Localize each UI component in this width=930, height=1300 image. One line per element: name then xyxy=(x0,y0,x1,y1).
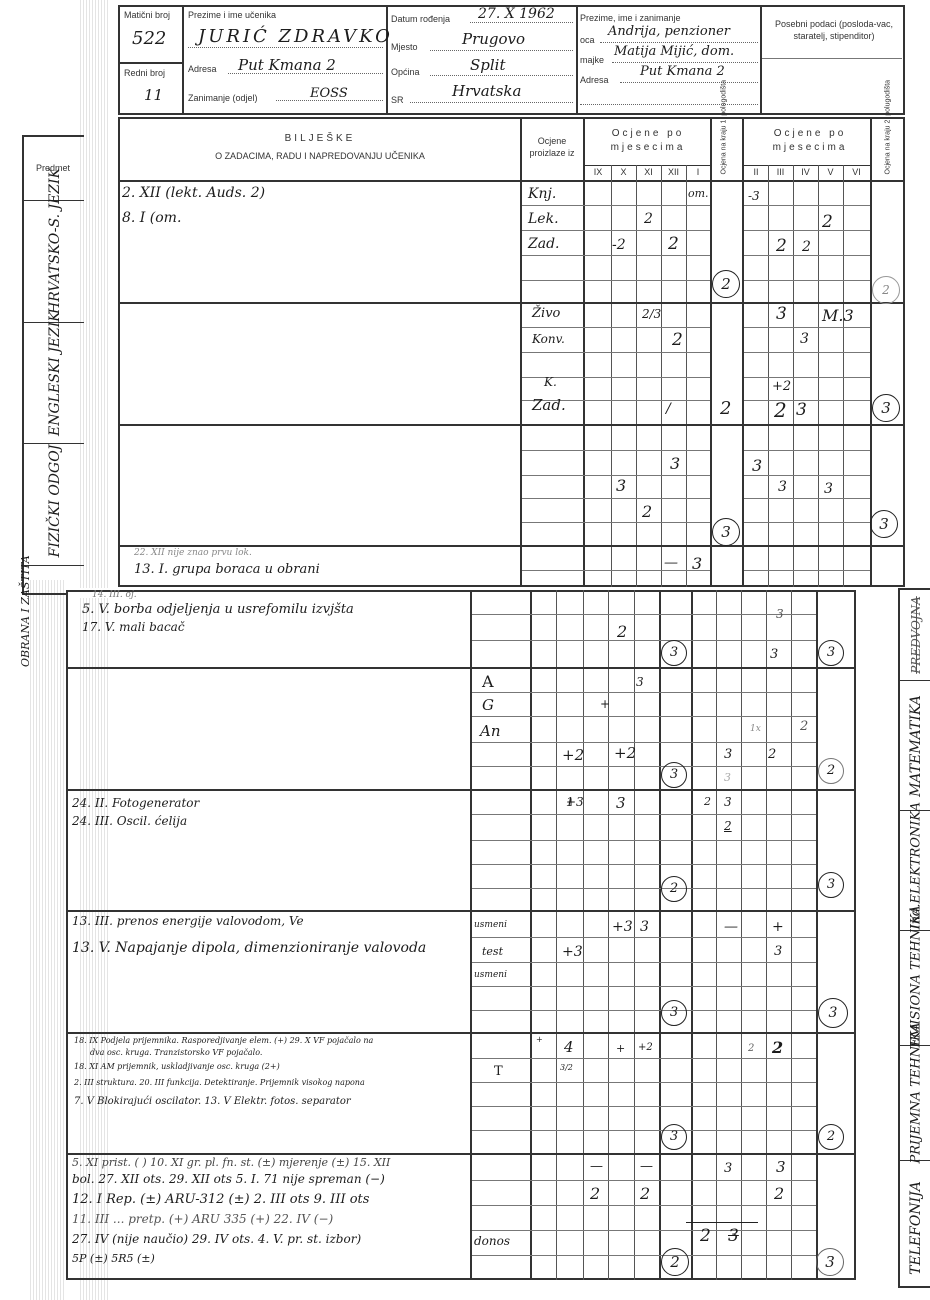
grade: 2 xyxy=(724,820,732,832)
grade: 3 xyxy=(774,945,782,958)
final-grade-2: 3 xyxy=(816,1248,844,1276)
month-I: I xyxy=(686,167,710,177)
final-grade-2: 3 xyxy=(818,998,848,1028)
note-pr-4: 2. III struktura. 20. III funkcija. Dete… xyxy=(74,1078,365,1087)
posebni-podaci-label: Posebni podaci (posloda-vac, staratelj, … xyxy=(766,18,902,42)
sr-value: Hrvatska xyxy=(452,82,521,100)
grade: 2 xyxy=(776,238,787,255)
final-grade-1: 3 xyxy=(661,640,687,666)
source-em-test: test xyxy=(482,945,503,958)
note-ind-2: 24. III. Oscil. ćelija xyxy=(72,814,187,828)
roditelji-adresa-label: Adresa xyxy=(580,75,609,85)
note-obrana-1: 22. XII nije znao prvu lok. xyxy=(134,548,252,558)
note-obrana-3: 14. III. oj. xyxy=(92,590,137,600)
subject-matematika: MATEMATIKA xyxy=(908,686,924,806)
adresa-label: Adresa xyxy=(188,64,217,74)
ime-label: Prezime i ime učenika xyxy=(188,10,276,20)
ocjene-po-mjesecima-1: Ocjene po mjesecima xyxy=(590,127,706,155)
final-grade-1: 3 xyxy=(712,518,740,546)
roditelji-adresa-value: Put Kmana 2 xyxy=(640,64,725,79)
grade: 3 xyxy=(728,1228,739,1245)
ocjene-po-mjesecima-2: Ocjene po mjesecima xyxy=(748,127,872,155)
grade: / xyxy=(666,402,671,416)
grade: 2 xyxy=(774,400,787,420)
final-grade-2: 2 xyxy=(872,276,900,304)
grade: +3 xyxy=(562,945,583,959)
majke-value: Matija Mijić, dom. xyxy=(614,44,734,59)
grade: 3 xyxy=(776,1160,786,1175)
grade: M.3 xyxy=(822,308,854,324)
maticni-broj-label: Matični broj xyxy=(124,10,170,20)
month-IX: IX xyxy=(585,167,611,177)
final-grade-2: 3 xyxy=(870,510,898,538)
adresa-value: Put Kmana 2 xyxy=(238,56,336,74)
grade: 3 xyxy=(616,796,626,811)
note-obrana-5: 17. V. mali bacač xyxy=(82,620,185,634)
roditelji-label: Prezime, ime i zanimanje xyxy=(580,13,681,23)
note-pr-3: 18. XI AM prijemnik, uskladjivanje osc. … xyxy=(74,1062,280,1071)
grade: 2 xyxy=(748,1044,754,1054)
grade: + xyxy=(772,920,784,934)
majke-label: majke xyxy=(580,55,604,65)
grade: 2 xyxy=(700,1228,711,1245)
zanimanje-value: EOSS xyxy=(310,86,348,101)
grade: 3 xyxy=(670,456,680,472)
final-grade-1: 2 xyxy=(661,876,687,902)
oca-label: oca xyxy=(580,35,595,45)
final-grade-2: 2 xyxy=(818,758,844,784)
grade: +2 xyxy=(772,380,791,393)
note-obrana-2: 13. I. grupa boraca u obrani xyxy=(134,562,320,577)
note-obrana-4: 5. V. borba odjeljenja u usrefomilu izvj… xyxy=(82,602,354,617)
subject-predvojna: PREDVOJNA xyxy=(909,575,923,695)
ime-value: JURIĆ ZDRAVKO xyxy=(198,26,393,47)
grade: 3/2 xyxy=(560,1064,573,1072)
month-III: III xyxy=(768,167,793,177)
note-pr-2: dva osc. kruga. Tranzistorsko VF pojačal… xyxy=(90,1048,262,1057)
note-hrv-2: 8. I (om. xyxy=(122,210,181,226)
source-mat-g: G xyxy=(482,696,494,714)
final-grade-2: 3 xyxy=(818,872,844,898)
grade: 3 xyxy=(724,796,732,808)
grade: 2 xyxy=(772,1040,783,1056)
redni-broj-label: Redni broj xyxy=(124,68,165,78)
grade: -3 xyxy=(748,190,760,202)
kraj-2-header: Ocjena na kraju 2. polugodišta xyxy=(884,115,893,175)
month-II: II xyxy=(744,167,768,177)
source-pr-t: T xyxy=(494,1064,503,1079)
source-hrv-lek: Lek. xyxy=(528,211,559,227)
note-pr-5: 7. V Blokirajući oscilator. 13. V Elektr… xyxy=(74,1096,351,1107)
grade: 2 xyxy=(668,236,679,253)
grade: + xyxy=(536,1036,543,1044)
note-tel-3: 12. I Rep. (±) ARU-312 (±) 2. III ots 9.… xyxy=(72,1192,369,1207)
note-em-1: 13. III. prenos energije valovodom, Ve xyxy=(72,914,304,928)
subject-telefonija: TELEFONIJA xyxy=(908,1168,924,1288)
grade: — xyxy=(664,556,678,570)
month-XII: XII xyxy=(661,167,686,177)
grade: 3 xyxy=(776,306,787,323)
grade: 3 xyxy=(636,676,644,688)
datum-value: 27. X 1962 xyxy=(478,6,555,22)
month-X: X xyxy=(611,167,636,177)
month-VI: VI xyxy=(843,167,870,177)
grade: +2 xyxy=(638,1043,653,1053)
kraj-1-header: Ocjena na kraju 1. polugodišta xyxy=(720,115,729,175)
biljeske-title: BILJEŠKE xyxy=(120,133,520,144)
opcina-value: Split xyxy=(470,56,506,74)
grade: 3 xyxy=(692,556,702,572)
grade: 2 xyxy=(642,504,652,520)
source-hrv-knj: Knj. xyxy=(528,186,556,202)
subject-prijemna-tehnika: PRIJEMNA TEHNIKA xyxy=(909,1044,924,1164)
grade: +3 xyxy=(612,920,633,934)
zanimanje-label: Zanimanje (odjel) xyxy=(188,93,258,103)
month-XI: XI xyxy=(636,167,661,177)
final-grade-1: 3 xyxy=(661,1000,687,1026)
grade: 2 xyxy=(822,214,833,231)
source-eng-konv: Konv. xyxy=(532,332,565,346)
mjesto-label: Mjesto xyxy=(391,42,418,52)
grade: om. xyxy=(688,188,709,199)
month-IV: IV xyxy=(793,167,818,177)
note-tel-5: 27. IV (nije naučio) 29. IV ots. 4. V. p… xyxy=(72,1232,361,1246)
grade: 2 xyxy=(672,332,683,349)
grade: 3 xyxy=(824,482,833,496)
grade: 3 xyxy=(616,478,626,494)
grade: 3 xyxy=(770,648,778,661)
grade: + xyxy=(600,698,610,710)
grade: — xyxy=(640,1160,653,1173)
grade: + xyxy=(616,1043,625,1054)
note-tel-4: 11. III ... pretp. (+) ARU 335 (+) 22. I… xyxy=(72,1212,333,1226)
grade: 2 xyxy=(617,624,627,640)
grade: 3 xyxy=(796,402,807,419)
final-grade-2: 3 xyxy=(872,394,900,422)
grade: 2 xyxy=(590,1186,600,1202)
source-mat-an: An xyxy=(480,722,501,740)
grade: 3 xyxy=(640,920,649,934)
grade: — xyxy=(724,920,738,934)
source-eng-k: K. xyxy=(544,375,557,389)
note-tel-1: 5. XI prist. ( ) 10. XI gr. pl. fn. st. … xyxy=(72,1156,390,1169)
final-grade-1: 3 xyxy=(661,762,687,788)
grade: 1x xyxy=(750,725,761,734)
note-pr-1: 18. IX Podjela prijemnika. Rasporedjivan… xyxy=(74,1036,373,1045)
grade: 2 xyxy=(640,1186,650,1202)
grade: 1 xyxy=(566,796,574,808)
source-mat-a: A xyxy=(482,672,494,691)
grade: 2/3 xyxy=(642,308,661,320)
grade: 3 xyxy=(776,608,784,620)
sr-label: SR xyxy=(391,95,404,105)
month-V: V xyxy=(818,167,843,177)
note-tel-6: 5P (±) 5R5 (±) xyxy=(72,1252,155,1265)
grade: 2 xyxy=(802,240,811,254)
note-tel-2: bol. 27. XII ots. 29. XII ots 5. I. 71 n… xyxy=(72,1172,385,1186)
scan-binding-strip-lower xyxy=(30,580,65,1300)
final-grade-1: 2 xyxy=(712,270,740,298)
mjesto-value: Prugovo xyxy=(462,30,525,48)
maticni-broj-value: 522 xyxy=(132,28,166,49)
note-ind-1: 24. II. Fotogenerator xyxy=(72,796,199,810)
note-em-2: 13. V. Napajanje dipola, dimenzioniranje… xyxy=(72,940,426,956)
source-em-usmeni: usmeni xyxy=(474,920,507,930)
grade: 2 xyxy=(768,748,776,761)
source-hrv-zad: Zad. xyxy=(528,236,560,252)
grade: 3 xyxy=(778,480,787,494)
oca-value: Andrija, penzioner xyxy=(608,24,730,39)
grade: +2 xyxy=(562,748,584,763)
subject-engleski: ENGLESKI JEZIK xyxy=(46,326,64,436)
grade: — xyxy=(590,1160,603,1173)
subject-hrvatski: HRVATSKO-S. JEZIK xyxy=(46,204,64,314)
note-hrv-1: 2. XII (lekt. Auds. 2) xyxy=(122,185,265,201)
opcina-label: Općina xyxy=(391,67,420,77)
final-grade-1: 2 xyxy=(661,1248,689,1276)
grade: +2 xyxy=(614,746,636,761)
ocjene-iz-header: Ocjene proizlaze iz xyxy=(524,135,580,159)
grade: 2 xyxy=(774,1186,784,1202)
grade: 2 xyxy=(644,212,653,226)
redni-broj-value: 11 xyxy=(144,86,163,104)
final-grade-1: 2 xyxy=(720,400,731,418)
final-grade-1: 3 xyxy=(661,1124,687,1150)
grade: 4 xyxy=(564,1040,574,1055)
source-em-usmeni-2: usmeni xyxy=(474,970,507,980)
biljeske-subtitle: O ZADACIMA, RADU I NAPREDOVANJU UČENIKA xyxy=(120,151,520,161)
grade: 3 xyxy=(724,748,732,761)
grade: 3 xyxy=(724,1162,732,1175)
final-grade-2: 3 xyxy=(818,640,844,666)
final-grade-2: 2 xyxy=(818,1124,844,1150)
subject-fizicki: FIZIČKI ODGOJ xyxy=(47,436,63,566)
datum-label: Datum rođenja xyxy=(391,14,450,24)
grade: 2 xyxy=(800,720,808,733)
grade: -2 xyxy=(612,238,626,252)
grade: 2 xyxy=(704,796,711,807)
grade: 3 xyxy=(724,772,731,783)
source-eng-zivo: Živo xyxy=(532,306,560,321)
subject-obrana: OBRANA I ZAŠTITA xyxy=(19,587,33,667)
source-tel-donos: donos xyxy=(474,1234,510,1248)
grade: 3 xyxy=(800,332,809,346)
source-eng-zad: Zad. xyxy=(532,396,566,414)
grade: 3 xyxy=(752,458,762,474)
